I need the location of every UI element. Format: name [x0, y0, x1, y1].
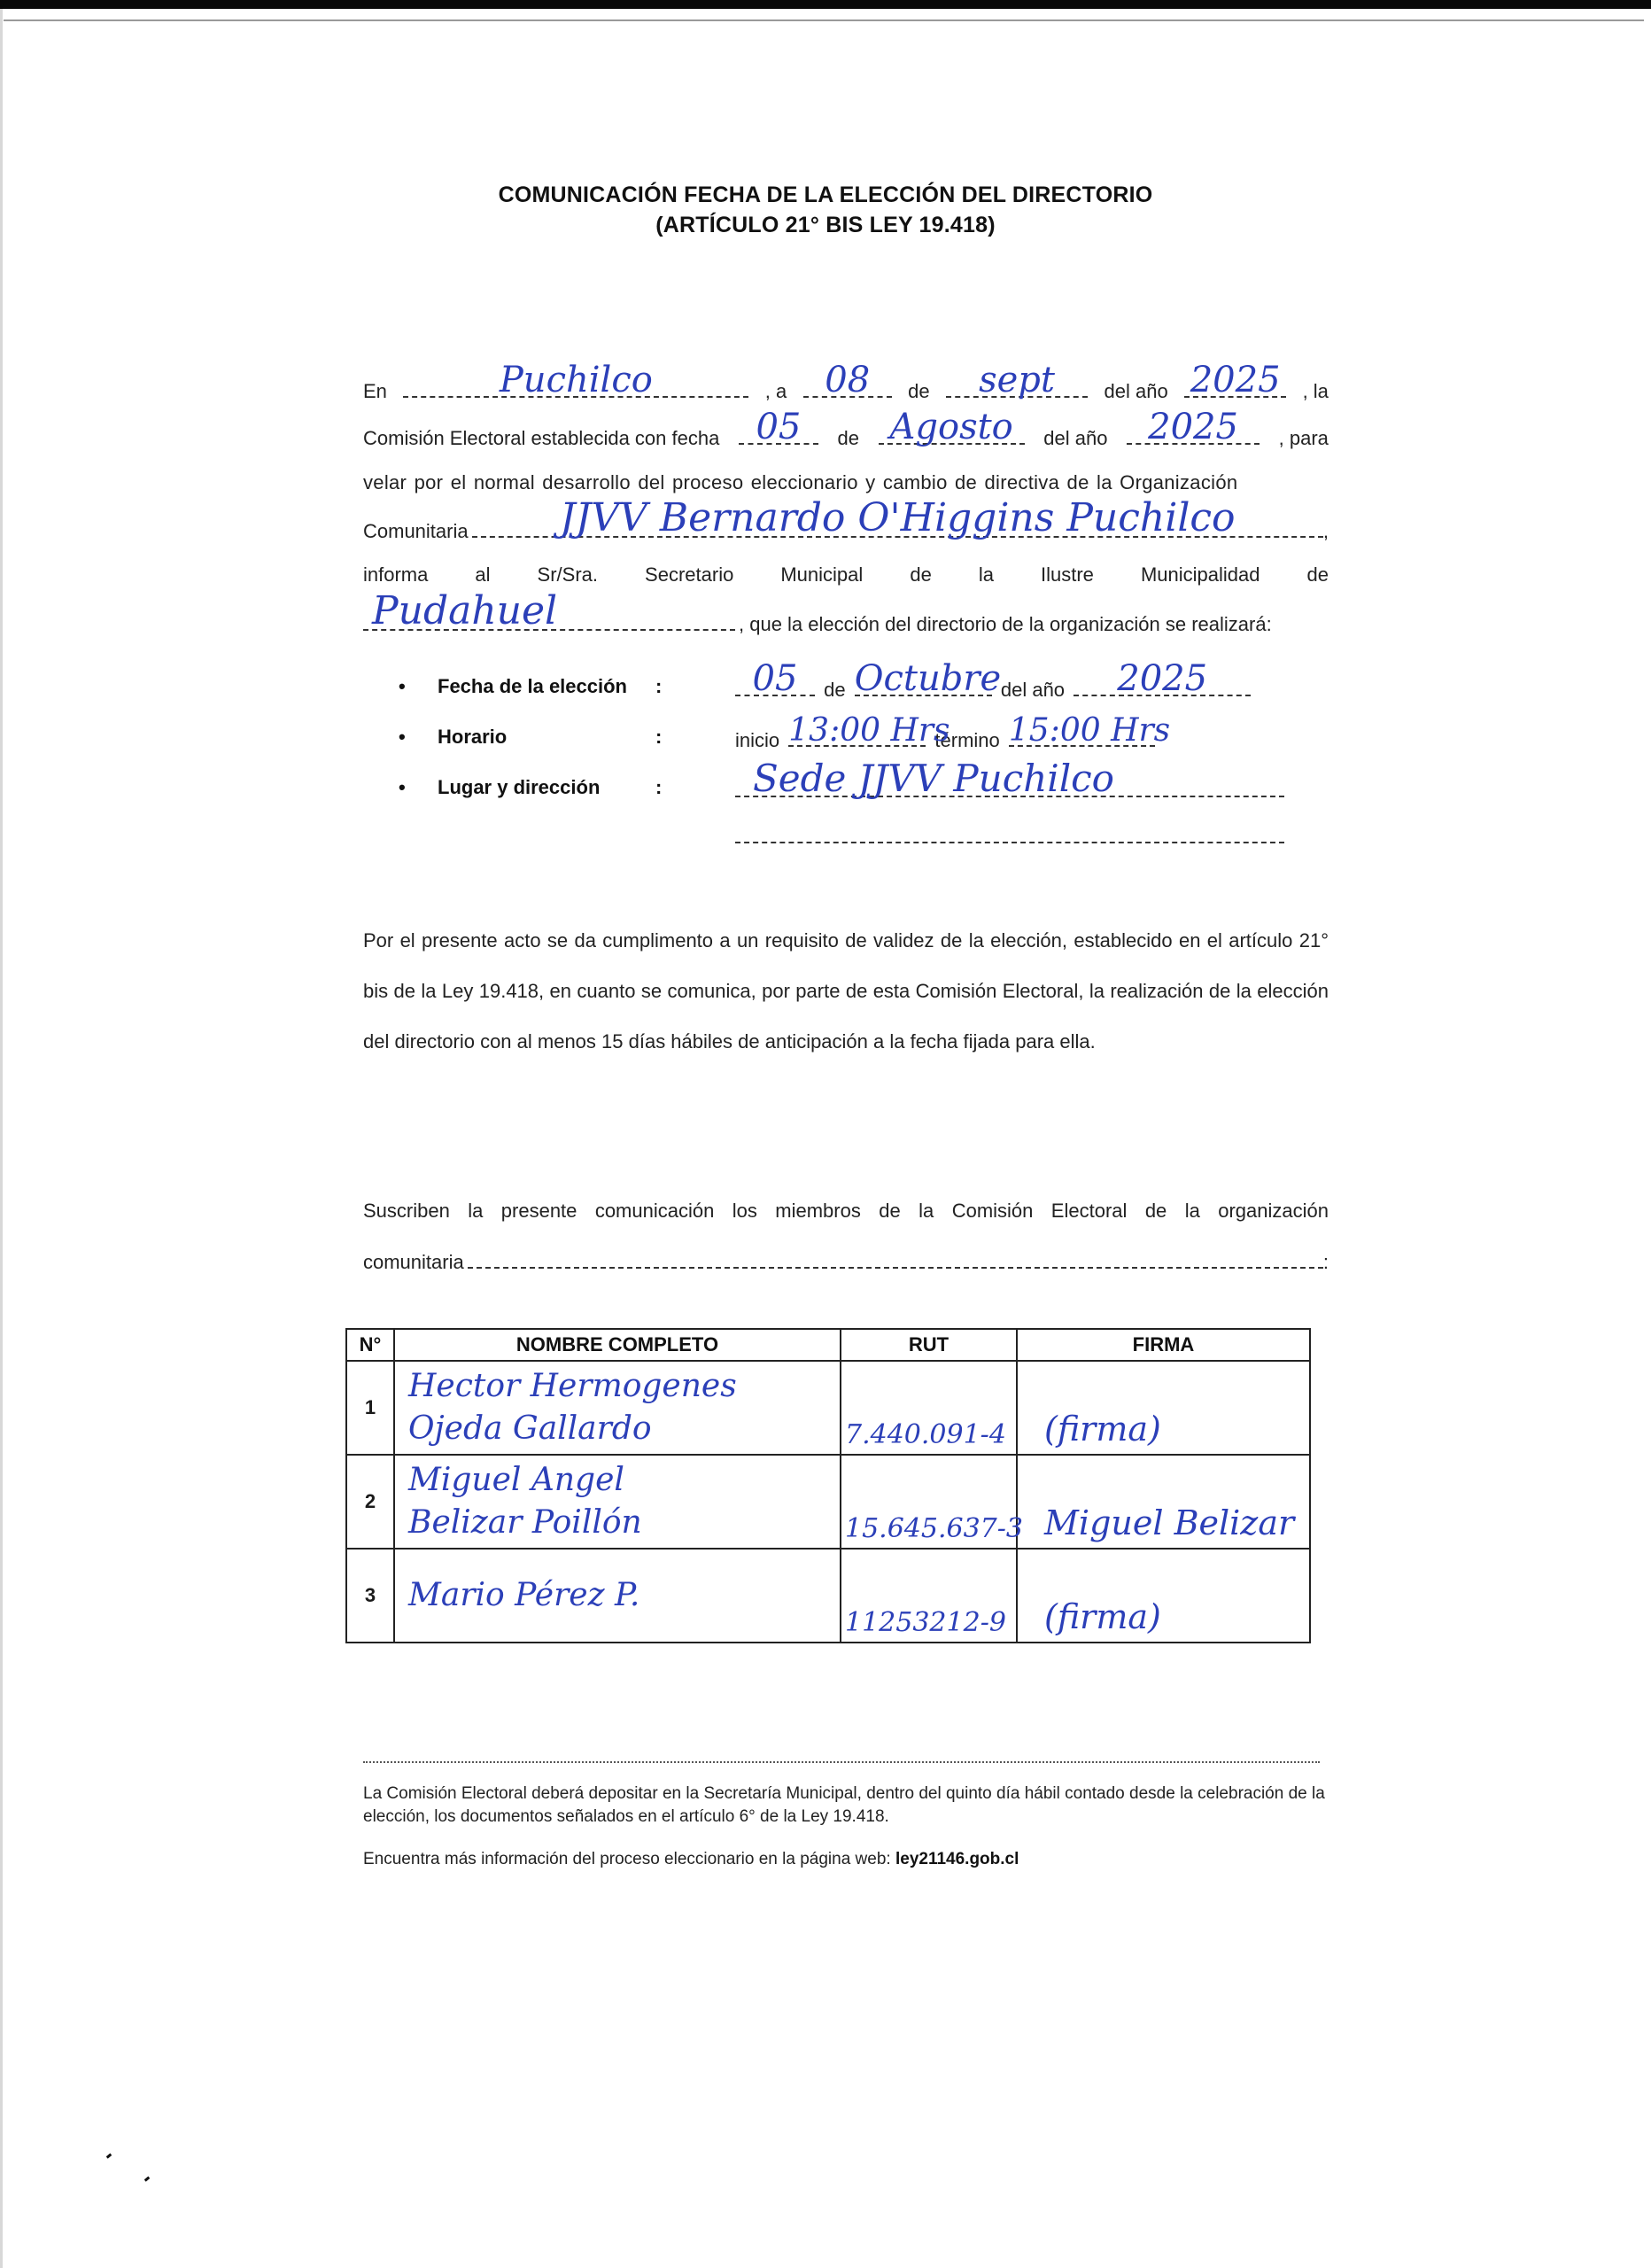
election-date-field: 05 de Octubre del año 2025: [735, 675, 1254, 702]
compliance-paragraph: Por el presente acto se da cumplimento a…: [363, 915, 1329, 1067]
velar-text: velar por el normal desarrollo del proce…: [363, 471, 1329, 494]
del-ano-label: del año: [1105, 380, 1168, 403]
table-row: 1Hector HermogenesOjeda Gallardo7.440.09…: [346, 1361, 1310, 1455]
row-number: 1: [346, 1361, 394, 1455]
informa-word: Sr/Sra.: [538, 563, 598, 586]
scan-left-edge: [0, 9, 3, 2268]
start-time-field[interactable]: 13:00 Hrs: [788, 726, 926, 747]
header-name: NOMBRE COMPLETO: [394, 1329, 841, 1361]
informa-word: al: [475, 563, 490, 586]
informa-word: Ilustre: [1041, 563, 1094, 586]
location-field: Sede JJVV Puchilco: [735, 776, 1288, 803]
informa-word: de: [1307, 563, 1329, 586]
informa-word: la: [979, 563, 994, 586]
footer-info: Encuentra más información del proceso el…: [363, 1848, 1329, 1871]
member-name-line1: Mario Pérez P.: [396, 1574, 839, 1617]
informa-word: informa: [363, 563, 428, 586]
footer-website-link[interactable]: ley21146.gob.cl: [895, 1850, 1019, 1868]
commission-de-label: de: [838, 427, 859, 450]
commission-label: Comisión Electoral establecida con fecha: [363, 427, 719, 450]
member-rut-cell[interactable]: 15.645.637-3: [841, 1455, 1017, 1549]
form-line-place-date: En Puchilco , a 08 de sept del año 2025 …: [363, 377, 1329, 403]
organization-value: JJVV Bernardo O'Higgins Puchilco: [472, 499, 1323, 538]
bullet-icon: •: [399, 726, 406, 749]
comunitaria-field[interactable]: [468, 1247, 1323, 1269]
election-year-field[interactable]: 2025: [1074, 675, 1251, 696]
header-number: N°: [346, 1329, 394, 1361]
schedule-field: inicio 13:00 Hrs término 15:00 Hrs: [735, 726, 1159, 752]
a-label: , a: [765, 380, 787, 403]
member-name-cell[interactable]: Mario Pérez P.: [394, 1549, 841, 1643]
election-day-field[interactable]: 05: [735, 675, 815, 696]
suscriben-text: Suscriben la presente comunicación los m…: [363, 1185, 1329, 1236]
informa-word: Municipal: [780, 563, 863, 586]
location-field-2: [735, 822, 1288, 849]
municipality-value: Pudahuel: [372, 592, 735, 631]
member-signature: (firma): [1044, 1597, 1161, 1636]
day-value: 08: [803, 362, 892, 398]
table-header-row: N° NOMBRE COMPLETO RUT FIRMA: [346, 1329, 1310, 1361]
commission-del-ano-label: del año: [1043, 427, 1107, 450]
member-signature: (firma): [1044, 1410, 1161, 1449]
end-time-field[interactable]: 15:00 Hrs: [1009, 726, 1155, 747]
informa-word: de: [910, 563, 931, 586]
comunitaria-label: Comunitaria: [363, 520, 469, 543]
form-line-organization: Comunitaria JJVV Bernardo O'Higgins Puch…: [363, 517, 1329, 543]
la-label: , la: [1303, 380, 1329, 403]
member-name-line1: Hector Hermogenes: [396, 1365, 839, 1408]
commission-year-value: 2025: [1127, 409, 1260, 445]
city-value: Puchilco: [403, 362, 748, 398]
document-title: COMUNICACIÓN FECHA DE LA ELECCIÓN DEL DI…: [0, 183, 1651, 208]
election-date-label: Fecha de la elección: [438, 675, 627, 698]
member-signature-cell[interactable]: Miguel Belizar: [1017, 1455, 1310, 1549]
scan-speck: [106, 2153, 112, 2158]
year-value: 2025: [1184, 362, 1286, 398]
en-label: En: [363, 380, 387, 403]
table-row: 3Mario Pérez P.11253212-9(firma): [346, 1549, 1310, 1643]
form-line-comunitaria: comunitaria :: [363, 1247, 1329, 1274]
header-rut: RUT: [841, 1329, 1017, 1361]
member-name-cell[interactable]: Hector HermogenesOjeda Gallardo: [394, 1361, 841, 1455]
schedule-label: Horario: [438, 726, 507, 749]
location-label: Lugar y dirección: [438, 776, 600, 799]
member-name-cell[interactable]: Miguel AngelBelizar Poillón: [394, 1455, 841, 1549]
footer-divider: [363, 1761, 1320, 1763]
city-field[interactable]: Puchilco: [403, 377, 748, 398]
scan-top-border: [0, 0, 1651, 9]
member-rut: 11253212-9: [845, 1607, 1006, 1638]
member-rut-cell[interactable]: 11253212-9: [841, 1549, 1017, 1643]
member-signature: Miguel Belizar: [1044, 1503, 1294, 1542]
commission-month-value: Agosto: [879, 409, 1025, 445]
scan-speck: [144, 2176, 151, 2181]
commission-year-field[interactable]: 2025: [1127, 423, 1260, 445]
location-line-2[interactable]: [735, 822, 1284, 843]
row-number: 3: [346, 1549, 394, 1643]
member-rut: 15.645.637-3: [845, 1513, 1023, 1544]
form-line-municipality: Pudahuel , que la elección del directori…: [363, 610, 1329, 636]
member-name-line1: Miguel Angel: [396, 1459, 839, 1502]
de-label: de: [908, 380, 929, 403]
start-time-value: 13:00 Hrs: [788, 715, 926, 747]
commission-month-field[interactable]: Agosto: [879, 423, 1025, 445]
election-day-value: 05: [735, 661, 815, 696]
members-table: N° NOMBRE COMPLETO RUT FIRMA 1Hector Her…: [345, 1328, 1311, 1643]
bullet-icon: •: [399, 776, 406, 799]
comunitaria-label-2: comunitaria: [363, 1251, 464, 1274]
year-field[interactable]: 2025: [1184, 377, 1286, 398]
que-text: , que la elección del directorio de la o…: [739, 613, 1272, 636]
inicio-label: inicio: [735, 729, 779, 751]
row-number: 2: [346, 1455, 394, 1549]
para-label: , para: [1279, 427, 1329, 450]
member-rut-cell[interactable]: 7.440.091-4: [841, 1361, 1017, 1455]
day-field[interactable]: 08: [803, 377, 892, 398]
footer-note: La Comisión Electoral deberá depositar e…: [363, 1783, 1329, 1829]
member-name-line2: Belizar Poillón: [396, 1502, 839, 1544]
month-field[interactable]: sept: [946, 377, 1088, 398]
organization-field[interactable]: JJVV Bernardo O'Higgins Puchilco: [472, 517, 1323, 538]
table-row: 2Miguel AngelBelizar Poillón15.645.637-3…: [346, 1455, 1310, 1549]
municipality-field[interactable]: Pudahuel: [363, 610, 735, 631]
commission-day-field[interactable]: 05: [739, 423, 818, 445]
form-line-commission-date: Comisión Electoral establecida con fecha…: [363, 423, 1329, 450]
member-name-line2: Ojeda Gallardo: [396, 1408, 839, 1450]
election-month-field[interactable]: Octubre: [855, 675, 992, 696]
document-subtitle: (ARTÍCULO 21° BIS LEY 19.418): [0, 213, 1651, 238]
header-signature: FIRMA: [1017, 1329, 1310, 1361]
member-signature-cell[interactable]: (firma): [1017, 1361, 1310, 1455]
bullet-icon: •: [399, 675, 406, 698]
footer-info-text: Encuentra más información del proceso el…: [363, 1850, 891, 1868]
informa-word: Municipalidad: [1141, 563, 1260, 586]
election-year-value: 2025: [1074, 661, 1251, 696]
scan-top-rule: [4, 19, 1644, 21]
election-month-value: Octubre: [855, 661, 992, 696]
location-value: Sede JJVV Puchilco: [753, 760, 1284, 797]
member-rut: 7.440.091-4: [845, 1419, 1006, 1450]
commission-day-value: 05: [739, 409, 818, 445]
form-line-informa: informaalSr/Sra.SecretarioMunicipaldelaI…: [363, 563, 1329, 586]
month-value: sept: [946, 362, 1088, 398]
informa-word: Secretario: [645, 563, 733, 586]
location-line-1[interactable]: Sede JJVV Puchilco: [735, 776, 1284, 797]
member-signature-cell[interactable]: (firma): [1017, 1549, 1310, 1643]
end-time-value: 15:00 Hrs: [1009, 715, 1155, 747]
